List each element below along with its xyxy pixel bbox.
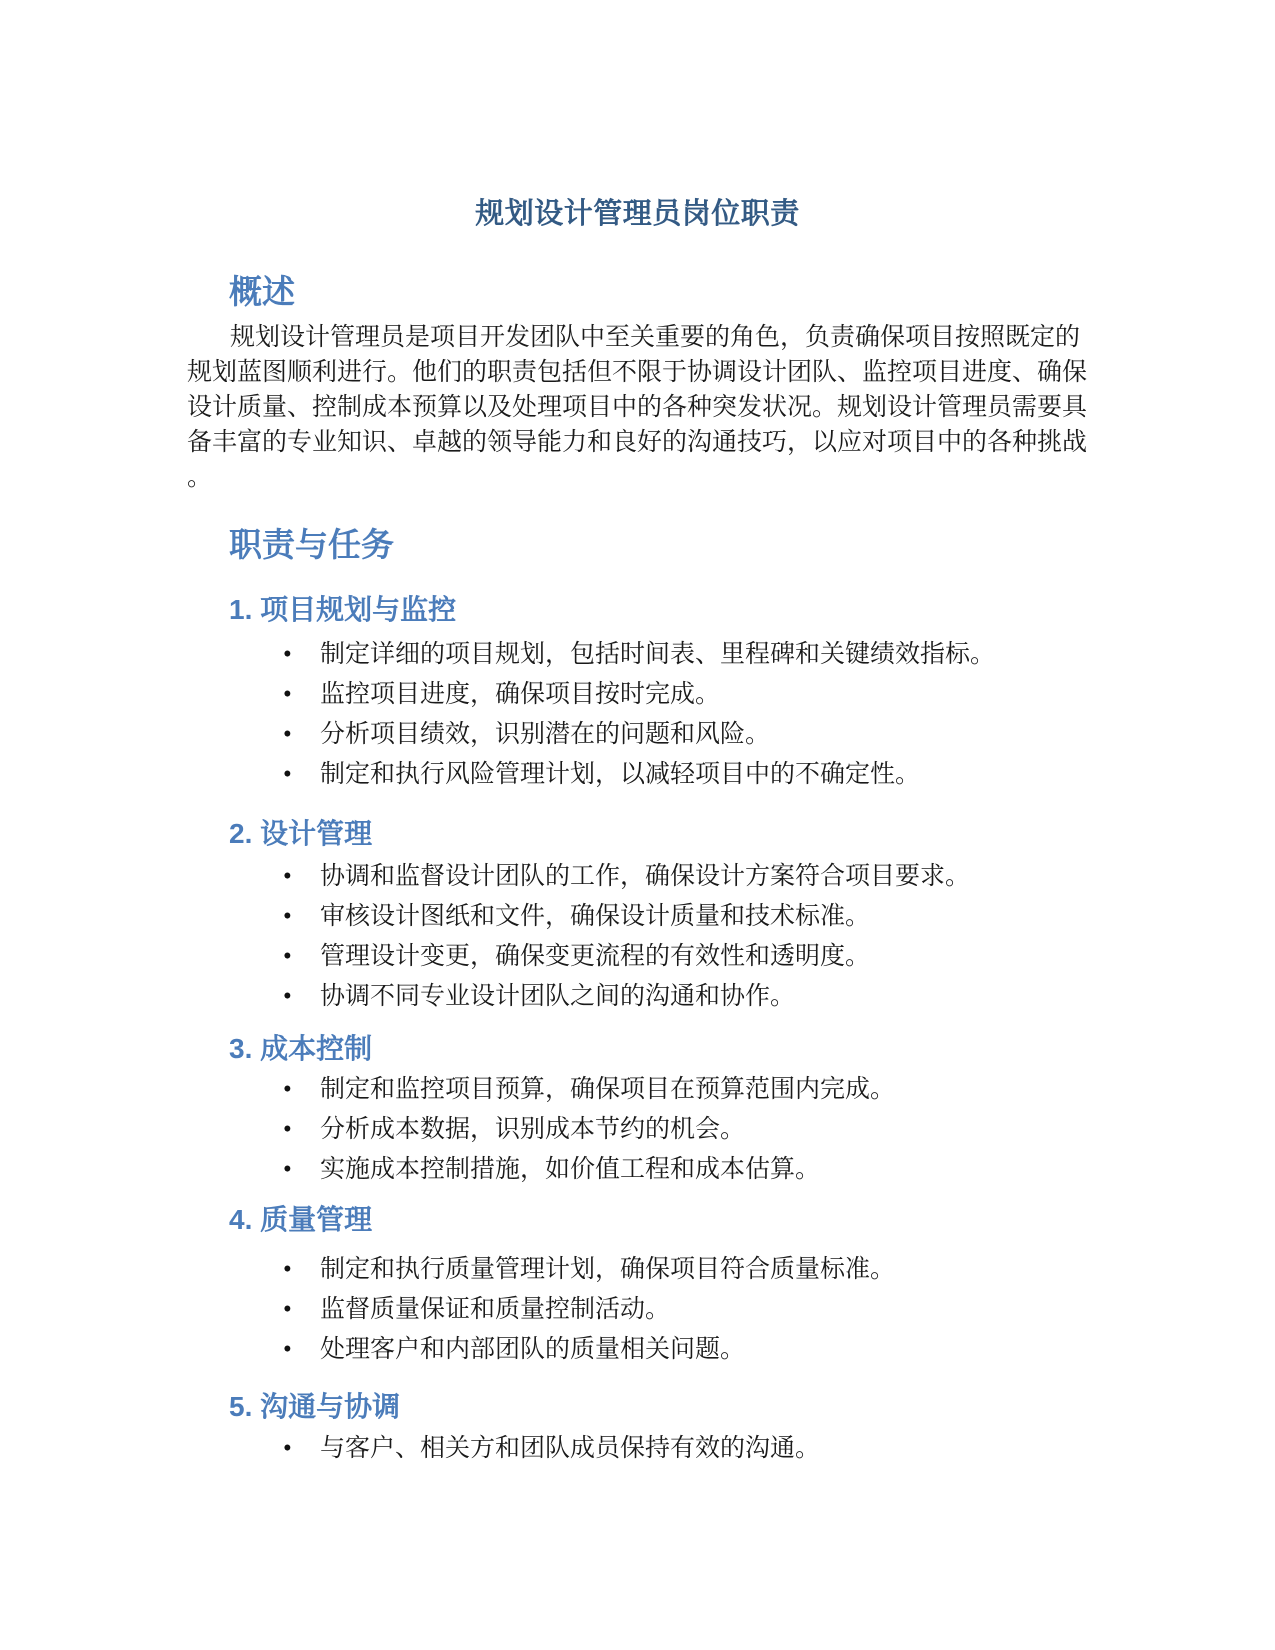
section-heading-project-planning: 1. 项目规划与监控 (229, 592, 456, 627)
bullet-list-project-planning: •制定详细的项目规划，包括时间表、里程碑和关键绩效指标。 •监控项目进度，确保项… (283, 635, 1103, 795)
section-heading-cost-control: 3. 成本控制 (229, 1031, 372, 1066)
list-item-text: 实施成本控制措施，如价值工程和成本估算。 (320, 1156, 820, 1183)
heading-duties: 职责与任务 (229, 524, 394, 565)
paragraph-line: 备丰富的专业知识、卓越的领导能力和良好的沟通技巧，以应对项目中的各种挑战 (187, 425, 1091, 460)
list-item: •分析成本数据，识别成本节约的机会。 (283, 1110, 1103, 1150)
bullet-list-cost-control: •制定和监控项目预算，确保项目在预算范围内完成。 •分析成本数据，识别成本节约的… (283, 1070, 1103, 1190)
section-heading-communication: 5. 沟通与协调 (229, 1389, 400, 1424)
paragraph-line: 设计质量、控制成本预算以及处理项目中的各种突发状况。规划设计管理员需要具 (187, 390, 1091, 425)
section-heading-design-management: 2. 设计管理 (229, 816, 372, 851)
list-item: •与客户、相关方和团队成员保持有效的沟通。 (283, 1429, 1103, 1469)
list-item-text: 制定和执行质量管理计划，确保项目符合质量标准。 (320, 1256, 895, 1283)
list-item-text: 协调和监督设计团队的工作，确保设计方案符合项目要求。 (320, 863, 970, 890)
document-page: 规划设计管理员岗位职责 概述 规划设计管理员是项目开发团队中至关重要的角色，负责… (0, 0, 1275, 1650)
list-item: •处理客户和内部团队的质量相关问题。 (283, 1330, 1103, 1370)
list-item-text: 分析项目绩效，识别潜在的问题和风险。 (320, 721, 770, 748)
list-item-text: 管理设计变更，确保变更流程的有效性和透明度。 (320, 943, 870, 970)
bullet-icon: • (283, 675, 292, 715)
bullet-icon: • (283, 1250, 292, 1290)
bullet-icon: • (283, 897, 292, 937)
list-item-text: 监控项目进度，确保项目按时完成。 (320, 681, 720, 708)
list-item-text: 监督质量保证和质量控制活动。 (320, 1296, 670, 1323)
bullet-list-communication: •与客户、相关方和团队成员保持有效的沟通。 (283, 1429, 1103, 1469)
page-title: 规划设计管理员岗位职责 (0, 196, 1275, 232)
paragraph-line: 规划设计管理员是项目开发团队中至关重要的角色，负责确保项目按照既定的 (187, 320, 1091, 355)
list-item-text: 制定和监控项目预算，确保项目在预算范围内完成。 (320, 1076, 895, 1103)
list-item-text: 制定详细的项目规划，包括时间表、里程碑和关键绩效指标。 (320, 641, 995, 668)
bullet-icon: • (283, 715, 292, 755)
bullet-list-design-management: •协调和监督设计团队的工作，确保设计方案符合项目要求。 •审核设计图纸和文件，确… (283, 857, 1103, 1017)
list-item: •管理设计变更，确保变更流程的有效性和透明度。 (283, 937, 1103, 977)
bullet-icon: • (283, 977, 292, 1017)
list-item-text: 分析成本数据，识别成本节约的机会。 (320, 1116, 745, 1143)
list-item-text: 与客户、相关方和团队成员保持有效的沟通。 (320, 1435, 820, 1462)
list-item-text: 协调不同专业设计团队之间的沟通和协作。 (320, 983, 795, 1010)
bullet-icon: • (283, 1150, 292, 1190)
bullet-icon: • (283, 755, 292, 795)
paragraph-line: 。 (187, 460, 1091, 495)
bullet-icon: • (283, 1110, 292, 1150)
list-item: •制定和监控项目预算，确保项目在预算范围内完成。 (283, 1070, 1103, 1110)
list-item: •制定和执行质量管理计划，确保项目符合质量标准。 (283, 1250, 1103, 1290)
list-item: •协调不同专业设计团队之间的沟通和协作。 (283, 977, 1103, 1017)
list-item-text: 审核设计图纸和文件，确保设计质量和技术标准。 (320, 903, 870, 930)
bullet-icon: • (283, 857, 292, 897)
list-item-text: 处理客户和内部团队的质量相关问题。 (320, 1336, 745, 1363)
bullet-list-quality-management: •制定和执行质量管理计划，确保项目符合质量标准。 •监督质量保证和质量控制活动。… (283, 1250, 1103, 1370)
list-item: •审核设计图纸和文件，确保设计质量和技术标准。 (283, 897, 1103, 937)
bullet-icon: • (283, 1330, 292, 1370)
bullet-icon: • (283, 1070, 292, 1110)
bullet-icon: • (283, 1429, 292, 1469)
bullet-icon: • (283, 937, 292, 977)
list-item-text: 制定和执行风险管理计划，以减轻项目中的不确定性。 (320, 761, 920, 788)
list-item: •监督质量保证和质量控制活动。 (283, 1290, 1103, 1330)
section-heading-quality-management: 4. 质量管理 (229, 1202, 372, 1237)
list-item: •制定详细的项目规划，包括时间表、里程碑和关键绩效指标。 (283, 635, 1103, 675)
paragraph-line: 规划蓝图顺利进行。他们的职责包括但不限于协调设计团队、监控项目进度、确保 (187, 355, 1091, 390)
list-item: •制定和执行风险管理计划，以减轻项目中的不确定性。 (283, 755, 1103, 795)
bullet-icon: • (283, 1290, 292, 1330)
heading-overview: 概述 (229, 271, 295, 312)
bullet-icon: • (283, 635, 292, 675)
list-item: •实施成本控制措施，如价值工程和成本估算。 (283, 1150, 1103, 1190)
list-item: •分析项目绩效，识别潜在的问题和风险。 (283, 715, 1103, 755)
list-item: •协调和监督设计团队的工作，确保设计方案符合项目要求。 (283, 857, 1103, 897)
list-item: •监控项目进度，确保项目按时完成。 (283, 675, 1103, 715)
overview-paragraph: 规划设计管理员是项目开发团队中至关重要的角色，负责确保项目按照既定的 规划蓝图顺… (187, 320, 1091, 495)
